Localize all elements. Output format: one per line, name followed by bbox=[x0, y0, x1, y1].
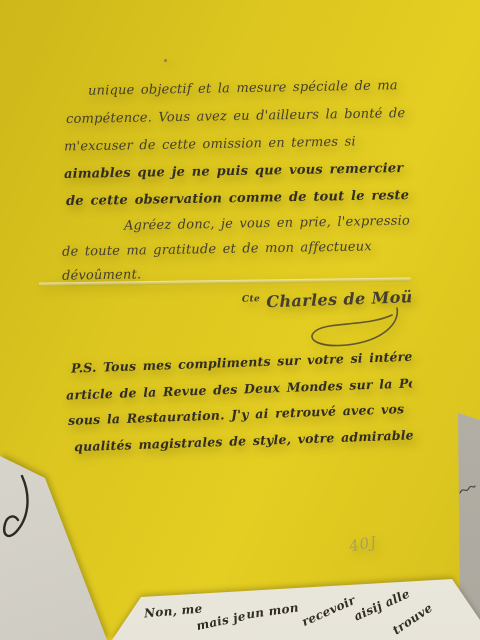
pencil-mark: 40J bbox=[348, 533, 379, 556]
letter-line: Agréez donc, je vous en prie, l'expressi… bbox=[124, 212, 419, 234]
letter-line: compétence. Vous avez eu d'ailleurs la b… bbox=[66, 105, 406, 128]
letter-page-wrap: unique objectif et la mesure spéciale de… bbox=[0, 0, 480, 640]
photo-background: Non, me mais je un mon recevoir aisij al… bbox=[0, 0, 480, 640]
paper-speck bbox=[164, 59, 167, 62]
letter-line: dévoûment. bbox=[62, 266, 142, 284]
signature-title-abbrev: Cte bbox=[242, 294, 261, 305]
letter-line: aimables que je ne puis que vous remerci… bbox=[64, 160, 404, 183]
letter-line: m'excuser de cette omission en termes si bbox=[64, 133, 356, 155]
letter-line: de toute ma gratitude et de mon affectue… bbox=[62, 238, 372, 260]
postscript-line: qualités magistrales de style, votre adm… bbox=[74, 424, 480, 455]
letter-line: unique objectif et la mesure spéciale de… bbox=[88, 77, 398, 99]
postscript-line: article de la Revue des Deux Mondes sur … bbox=[66, 373, 443, 403]
signature-flourish-icon bbox=[287, 306, 407, 351]
letter-line: de cette observation comme de tout le re… bbox=[66, 187, 414, 210]
postscript-line: P.S. Tous mes compliments sur votre si i… bbox=[71, 346, 451, 376]
letter-page: unique objectif et la mesure spéciale de… bbox=[0, 0, 480, 640]
postscript-line: sous la Restauration. J'y ai retrouvé av… bbox=[68, 400, 405, 429]
